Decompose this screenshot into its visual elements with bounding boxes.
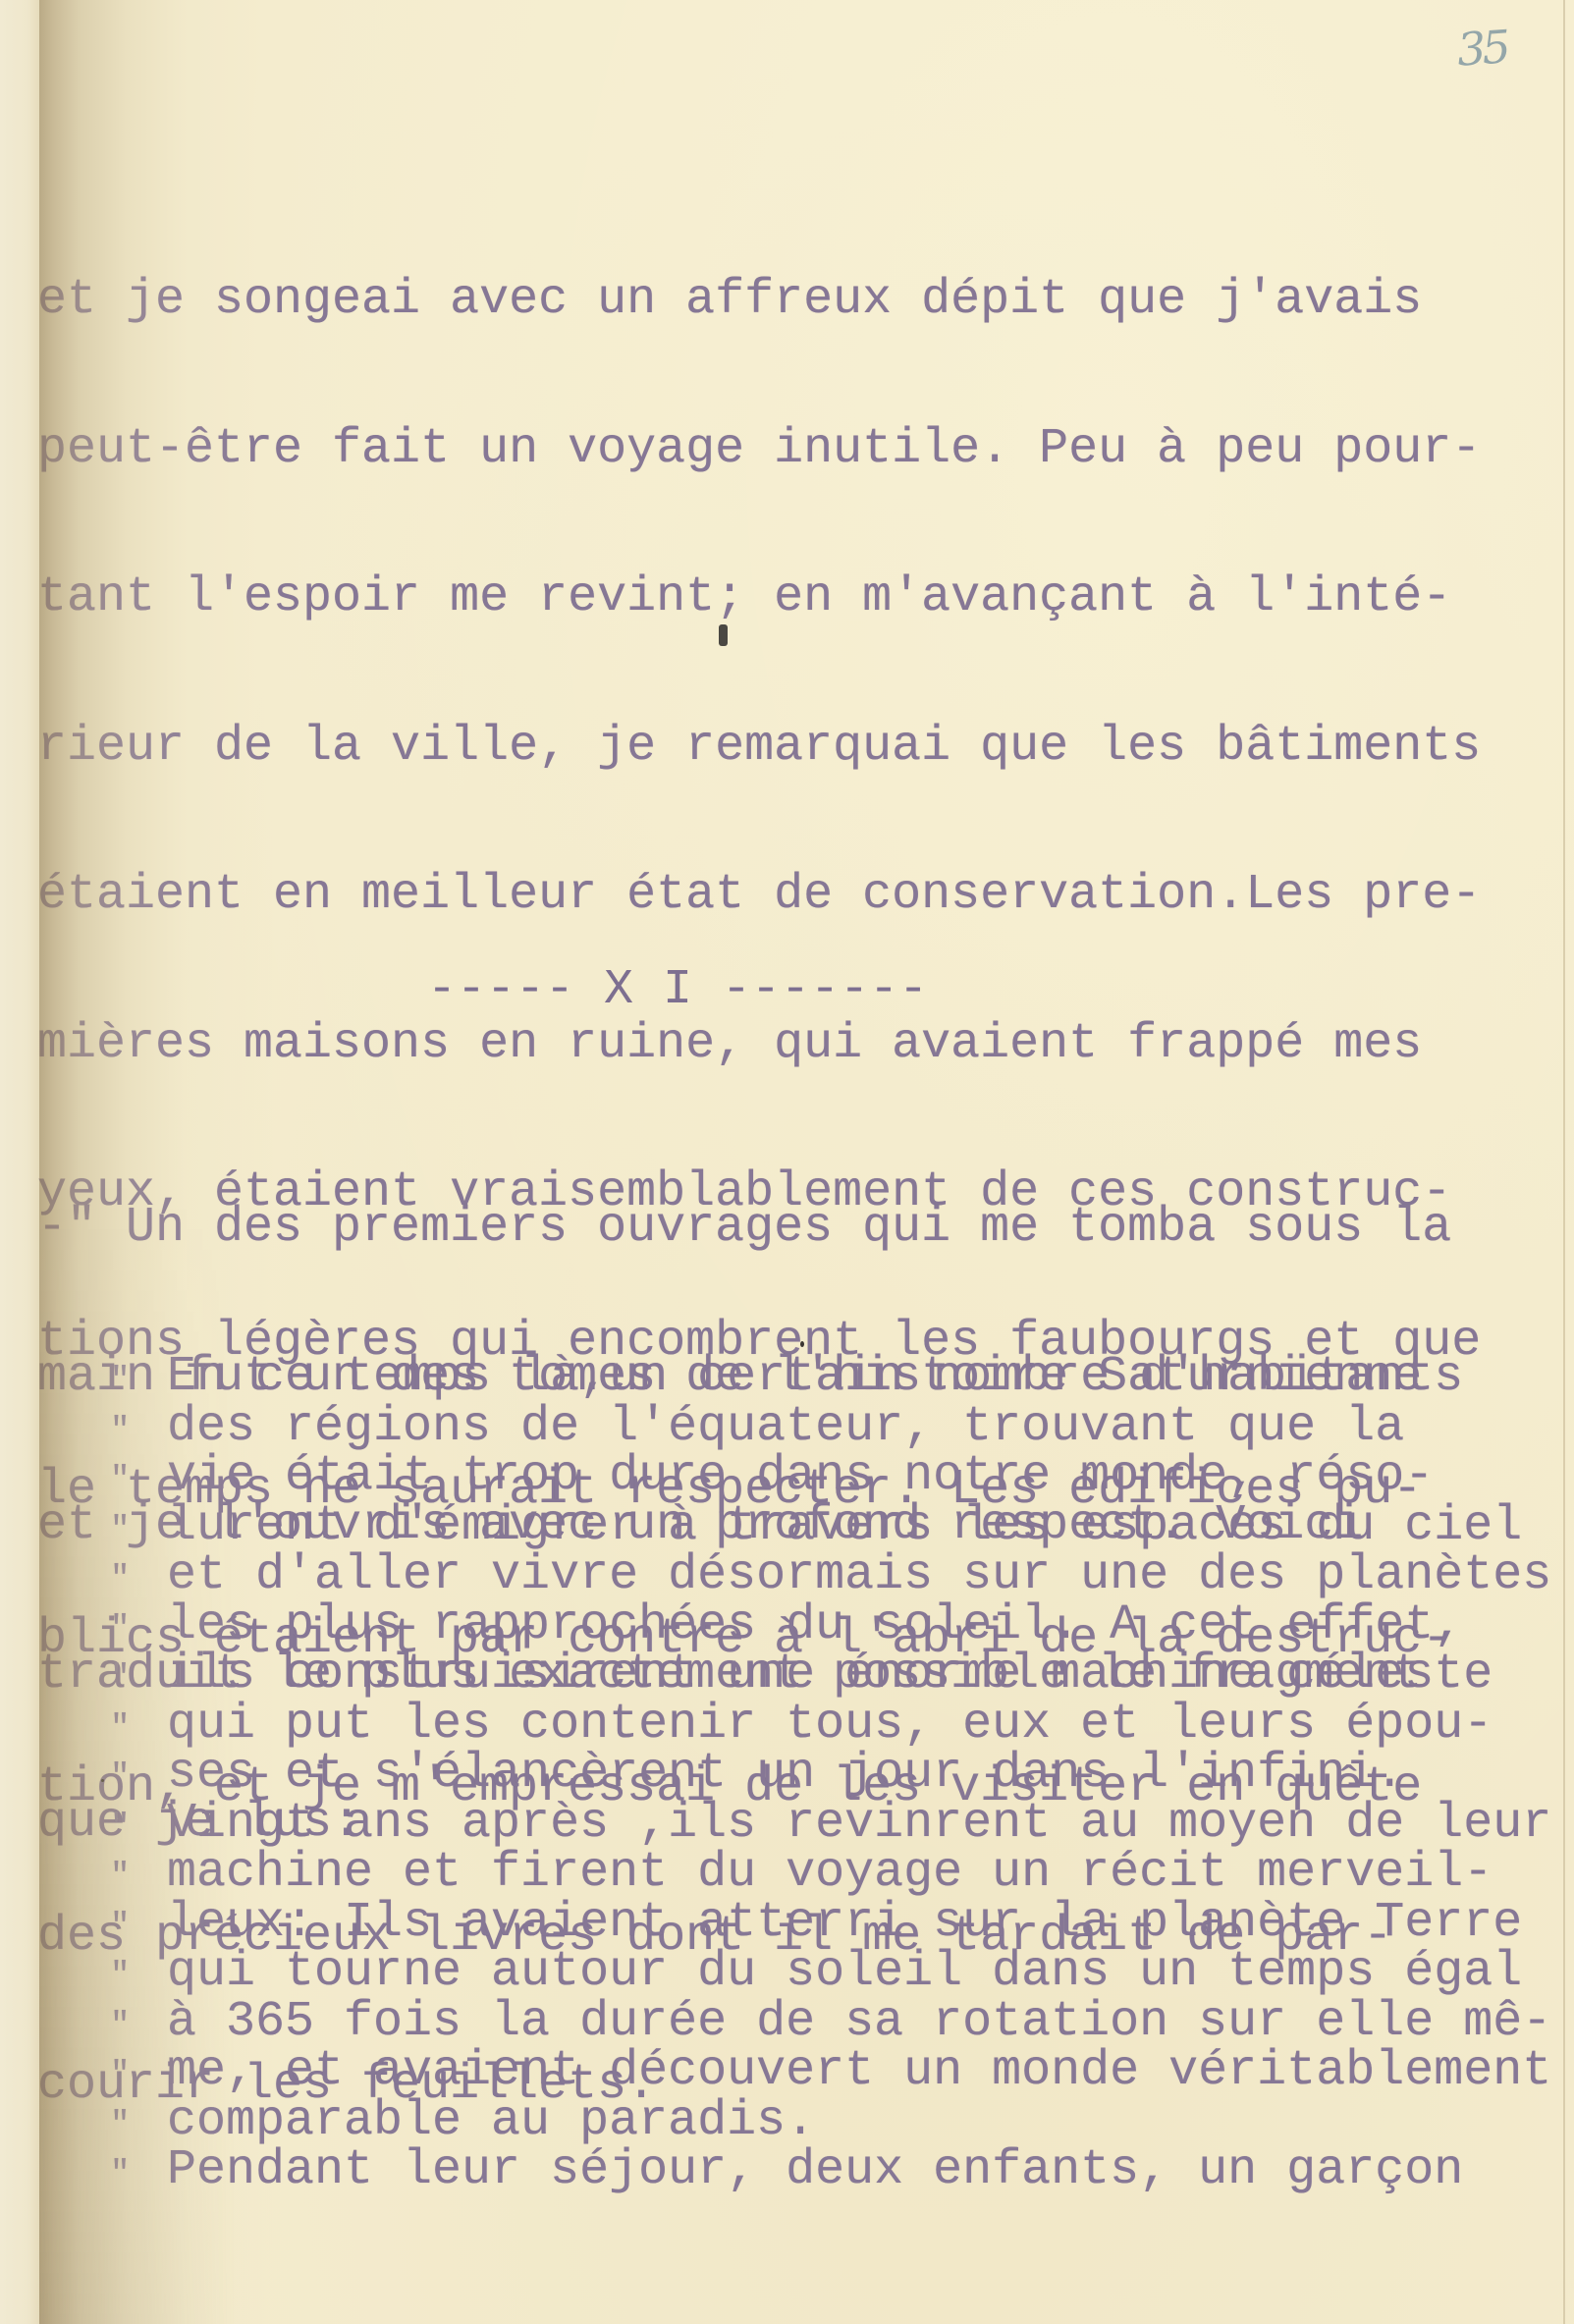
quote-text: leux: Ils avaient atterri sur la planète…	[167, 1899, 1522, 1949]
quote-text: à 365 fois la durée de sa rotation sur e…	[167, 1998, 1551, 2048]
quote-line: "vie était trop dure dans notre monde, r…	[110, 1452, 1551, 1502]
quote-line: "ils construisirent une énorme machine c…	[110, 1650, 1551, 1701]
quote-mark: "	[110, 2002, 167, 2052]
quote-mark: "	[110, 1605, 167, 1655]
quote-line: "qui tourne autour du soleil dans un tem…	[110, 1948, 1551, 1998]
text-line: -" Un des premiers ouvrages qui me tomba…	[37, 1204, 1451, 1254]
quote-mark: "	[110, 1555, 167, 1605]
quote-mark: "	[110, 1704, 167, 1755]
quote-line: "et d'aller vivre désormais sur une des …	[110, 1551, 1551, 1601]
quote-line: "ses et s'élancèrent un jour dans l'infi…	[110, 1750, 1551, 1800]
page-number: 35	[1455, 20, 1508, 76]
ink-speck	[101, 1779, 104, 1782]
text-line: et je songeai avec un affreux dépit que …	[37, 276, 1481, 326]
quote-line: "machine et firent du voyage un récit me…	[110, 1849, 1551, 1899]
quote-line: "Pendant leur séjour, deux enfants, un g…	[110, 2146, 1551, 2196]
quote-text: vie était trop dure dans notre monde, ré…	[167, 1452, 1434, 1502]
quote-line: "leux: Ils avaient atterri sur la planèt…	[110, 1899, 1551, 1949]
quote-text: les plus rapprochées du soleil. A cet ef…	[167, 1601, 1463, 1651]
quote-text: qui put les contenir tous, eux et leurs …	[167, 1701, 1493, 1751]
ink-speck	[719, 624, 728, 646]
quote-mark: "	[110, 2101, 167, 2151]
quote-mark: "	[110, 1506, 167, 1556]
quote-line: "lurent d'émigrer à travers les espaces …	[110, 1502, 1551, 1552]
text-line: rieur de la ville, je remarquai que les …	[37, 723, 1481, 773]
quote-text: lurent d'émigrer à travers les espaces d…	[167, 1502, 1522, 1552]
quote-line: "des régions de l'équateur, trouvant que…	[110, 1403, 1551, 1453]
page-right-edge	[1563, 0, 1565, 2324]
quote-line: "me, et avaient découvert un monde vérit…	[110, 2047, 1551, 2097]
quote-line: "les plus rapprochées du soleil. A cet e…	[110, 1601, 1551, 1651]
text-line: tant l'espoir me revint; en m'avançant à…	[37, 573, 1481, 623]
quote-text: En ce temps là,un certain nombre d'habit…	[167, 1353, 1463, 1403]
quote-text: me, et avaient découvert un monde vérita…	[167, 2047, 1551, 2097]
text-line: étaient en meilleur état de conservation…	[37, 871, 1481, 921]
quote-mark: "	[110, 1754, 167, 1804]
quote-text: Pendant leur séjour, deux enfants, un ga…	[167, 2146, 1463, 2196]
quote-line: "En ce temps là,un certain nombre d'habi…	[110, 1353, 1551, 1403]
quote-text: machine et firent du voyage un récit mer…	[167, 1849, 1493, 1899]
adjacent-page-edge	[0, 0, 39, 2324]
quote-text: ses et s'élancèrent un jour dans l'infin…	[167, 1750, 1404, 1800]
quote-mark: "	[110, 1456, 167, 1506]
quote-mark: "	[110, 2051, 167, 2101]
text-line: mières maisons en ruine, qui avaient fra…	[37, 1020, 1481, 1070]
quote-mark: "	[110, 1407, 167, 1457]
quote-line: "qui put les contenir tous, eux et leurs…	[110, 1701, 1551, 1751]
quote-mark: "	[110, 2150, 167, 2200]
chapter-heading: ----- X I -------	[427, 962, 928, 1018]
quote-text: des régions de l'équateur, trouvant que …	[167, 1403, 1404, 1453]
quote-text: comparable au paradis.	[167, 2097, 815, 2147]
text-line: peut-être fait un voyage inutile. Peu à …	[37, 425, 1481, 475]
quote-text: qui tourne autour du soleil dans un temp…	[167, 1948, 1522, 1998]
quote-mark: "	[110, 1853, 167, 1903]
quote-text: ils construisirent une énorme machine cé…	[167, 1650, 1493, 1701]
quote-mark: "	[110, 1654, 167, 1704]
quote-line: "à 365 fois la durée de sa rotation sur …	[110, 1998, 1551, 2048]
quotation-block: "En ce temps là,un certain nombre d'habi…	[110, 1353, 1551, 2196]
quote-line: "comparable au paradis.	[110, 2097, 1551, 2147]
ink-speck	[800, 1341, 804, 1347]
quote-mark: "	[110, 1903, 167, 1953]
quote-line: "Vingt ans après ,ils revinrent au moyen…	[110, 1800, 1551, 1850]
quote-text: Vingt ans après ,ils revinrent au moyen …	[167, 1800, 1551, 1850]
quote-mark: "	[110, 1804, 167, 1854]
quote-mark: "	[110, 1357, 167, 1407]
quote-text: et d'aller vivre désormais sur une des p…	[167, 1551, 1551, 1601]
quote-mark: "	[110, 1952, 167, 2002]
